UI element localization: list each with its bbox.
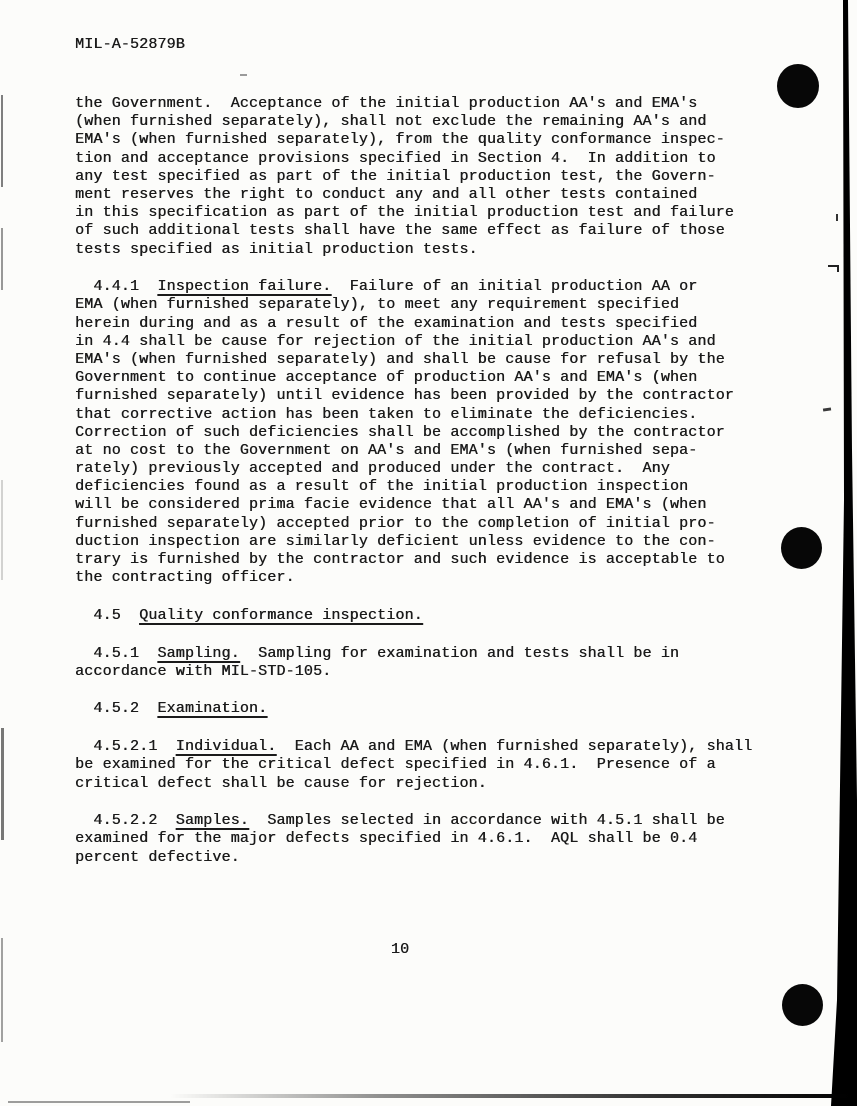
text-run: percent defective. bbox=[75, 849, 240, 866]
text-run: 4.5.1 bbox=[75, 645, 157, 662]
text-line: at no cost to the Government on AA's and… bbox=[75, 442, 775, 460]
text-line: herein during and as a result of the exa… bbox=[75, 315, 775, 333]
text-line: 4.5.2.2 Samples. Samples selected in acc… bbox=[75, 812, 775, 830]
text-line: tests specified as initial production te… bbox=[75, 241, 775, 259]
text-line: will be considered prima facie evidence … bbox=[75, 496, 775, 514]
text-run: will be considered prima facie evidence … bbox=[75, 496, 706, 513]
text-line: rately) previously accepted and produced… bbox=[75, 460, 775, 478]
text-line: EMA's (when furnished separately) and sh… bbox=[75, 351, 775, 369]
text-run: Each AA and EMA (when furnished separate… bbox=[276, 738, 752, 755]
text-run: (when furnished separately), shall not e… bbox=[75, 113, 706, 130]
text-run: trary is furnished by the contractor and… bbox=[75, 551, 725, 568]
scan-bottom-left-artifact bbox=[8, 1101, 190, 1103]
text-run: EMA's (when furnished separately) and sh… bbox=[75, 351, 725, 368]
text-run: rately) previously accepted and produced… bbox=[75, 460, 670, 477]
paragraph: 4.5.2.1 Individual. Each AA and EMA (whe… bbox=[75, 738, 775, 793]
text-line: percent defective. bbox=[75, 849, 775, 867]
text-run: 4.5 bbox=[75, 607, 139, 624]
text-line: 4.5 Quality conformance inspection. bbox=[75, 607, 775, 625]
text-run: EMA's (when furnished separately), from … bbox=[75, 131, 725, 148]
underlined-section-heading: Individual. bbox=[176, 738, 277, 755]
text-run: 4.5.2.2 bbox=[75, 812, 176, 829]
scan-left-edge-artifact bbox=[1, 728, 4, 840]
text-run: any test specified as part of the initia… bbox=[75, 168, 716, 185]
scan-right-edge-artifact bbox=[827, 0, 857, 1106]
text-run: critical defect shall be cause for rejec… bbox=[75, 775, 487, 792]
text-run: Correction of such deficiencies shall be… bbox=[75, 424, 725, 441]
paragraph: the Government. Acceptance of the initia… bbox=[75, 95, 775, 259]
text-run: duction inspection are similarly deficie… bbox=[75, 533, 716, 550]
page-number: 10 bbox=[75, 941, 725, 958]
text-run: herein during and as a result of the exa… bbox=[75, 315, 697, 332]
text-line: the Government. Acceptance of the initia… bbox=[75, 95, 775, 113]
paragraph: 4.5.2 Examination. bbox=[75, 700, 775, 718]
text-run: deficiencies found as a result of the in… bbox=[75, 478, 688, 495]
scan-left-edge-artifact bbox=[1, 95, 3, 187]
text-line: that corrective action has been taken to… bbox=[75, 406, 775, 424]
text-run: EMA (when furnished separately), to meet… bbox=[75, 296, 679, 313]
scan-left-edge-artifact bbox=[1, 480, 3, 580]
text-line: ment reserves the right to conduct any a… bbox=[75, 186, 775, 204]
paragraph: 4.5.2.2 Samples. Samples selected in acc… bbox=[75, 812, 775, 867]
text-line: tion and acceptance provisions specified… bbox=[75, 150, 775, 168]
text-run: in this specification as part of the ini… bbox=[75, 204, 734, 221]
text-line: EMA (when furnished separately), to meet… bbox=[75, 296, 775, 314]
text-run: at no cost to the Government on AA's and… bbox=[75, 442, 697, 459]
underlined-section-heading: Examination. bbox=[157, 700, 267, 717]
text-line: critical defect shall be cause for rejec… bbox=[75, 775, 775, 793]
text-line: 4.4.1 Inspection failure. Failure of an … bbox=[75, 278, 775, 296]
text-run: of such additional tests shall have the … bbox=[75, 222, 725, 239]
text-line: furnished separately) accepted prior to … bbox=[75, 515, 775, 533]
text-line: 4.5.2 Examination. bbox=[75, 700, 775, 718]
document-body: the Government. Acceptance of the initia… bbox=[75, 95, 775, 886]
text-run: Failure of an initial production AA or bbox=[331, 278, 697, 295]
text-run: accordance with MIL-STD-105. bbox=[75, 663, 331, 680]
text-line: furnished separately) until evidence has… bbox=[75, 387, 775, 405]
text-run: the contracting officer. bbox=[75, 569, 295, 586]
margin-speck bbox=[836, 214, 838, 221]
underlined-section-heading: Sampling. bbox=[157, 645, 239, 662]
text-line: in this specification as part of the ini… bbox=[75, 204, 775, 222]
text-line: duction inspection are similarly deficie… bbox=[75, 533, 775, 551]
text-line: 4.5.2.1 Individual. Each AA and EMA (whe… bbox=[75, 738, 775, 756]
text-run: furnished separately) until evidence has… bbox=[75, 387, 734, 404]
margin-speck bbox=[823, 407, 831, 411]
underlined-section-heading: Quality conformance inspection. bbox=[139, 607, 423, 624]
scan-left-edge-artifact bbox=[1, 228, 3, 290]
document-page: MIL-A-52879B the Government. Acceptance … bbox=[0, 0, 857, 1106]
binding-hole-top bbox=[777, 64, 819, 108]
text-line: the contracting officer. bbox=[75, 569, 775, 587]
text-run: 4.4.1 bbox=[75, 278, 157, 295]
text-run: tests specified as initial production te… bbox=[75, 241, 478, 258]
text-run: be examined for the critical defect spec… bbox=[75, 756, 716, 773]
text-run: tion and acceptance provisions specified… bbox=[75, 150, 716, 167]
text-line: in 4.4 shall be cause for rejection of t… bbox=[75, 333, 775, 351]
text-run: Sampling for examination and tests shall… bbox=[240, 645, 679, 662]
text-line: Correction of such deficiencies shall be… bbox=[75, 424, 775, 442]
text-line: deficiencies found as a result of the in… bbox=[75, 478, 775, 496]
text-run: examined for the major defects specified… bbox=[75, 830, 697, 847]
paragraph: 4.4.1 Inspection failure. Failure of an … bbox=[75, 278, 775, 587]
text-run: the Government. Acceptance of the initia… bbox=[75, 95, 697, 112]
text-line: EMA's (when furnished separately), from … bbox=[75, 131, 775, 149]
text-line: any test specified as part of the initia… bbox=[75, 168, 775, 186]
text-line: trary is furnished by the contractor and… bbox=[75, 551, 775, 569]
underlined-section-heading: Inspection failure. bbox=[157, 278, 331, 295]
margin-speck bbox=[828, 265, 839, 272]
text-run: Government to continue acceptance of pro… bbox=[75, 369, 697, 386]
text-run: in 4.4 shall be cause for rejection of t… bbox=[75, 333, 716, 350]
paragraph: 4.5 Quality conformance inspection. bbox=[75, 607, 775, 625]
text-line: Government to continue acceptance of pro… bbox=[75, 369, 775, 387]
text-run: furnished separately) accepted prior to … bbox=[75, 515, 716, 532]
text-line: examined for the major defects specified… bbox=[75, 830, 775, 848]
text-line: of such additional tests shall have the … bbox=[75, 222, 775, 240]
scan-left-edge-artifact bbox=[1, 938, 3, 1042]
paper-smudge bbox=[240, 74, 247, 76]
text-run: that corrective action has been taken to… bbox=[75, 406, 697, 423]
text-line: accordance with MIL-STD-105. bbox=[75, 663, 775, 681]
text-run: 4.5.2 bbox=[75, 700, 157, 717]
binding-hole-middle bbox=[781, 527, 822, 569]
underlined-section-heading: Samples. bbox=[176, 812, 249, 829]
text-run: Samples selected in accordance with 4.5.… bbox=[249, 812, 725, 829]
text-line: (when furnished separately), shall not e… bbox=[75, 113, 775, 131]
text-line: be examined for the critical defect spec… bbox=[75, 756, 775, 774]
text-run: 4.5.2.1 bbox=[75, 738, 176, 755]
text-run: ment reserves the right to conduct any a… bbox=[75, 186, 697, 203]
binding-hole-bottom bbox=[782, 984, 823, 1026]
scan-bottom-edge-artifact bbox=[170, 1094, 857, 1098]
text-line: 4.5.1 Sampling. Sampling for examination… bbox=[75, 645, 775, 663]
document-number-header: MIL-A-52879B bbox=[75, 36, 185, 53]
paragraph: 4.5.1 Sampling. Sampling for examination… bbox=[75, 645, 775, 681]
